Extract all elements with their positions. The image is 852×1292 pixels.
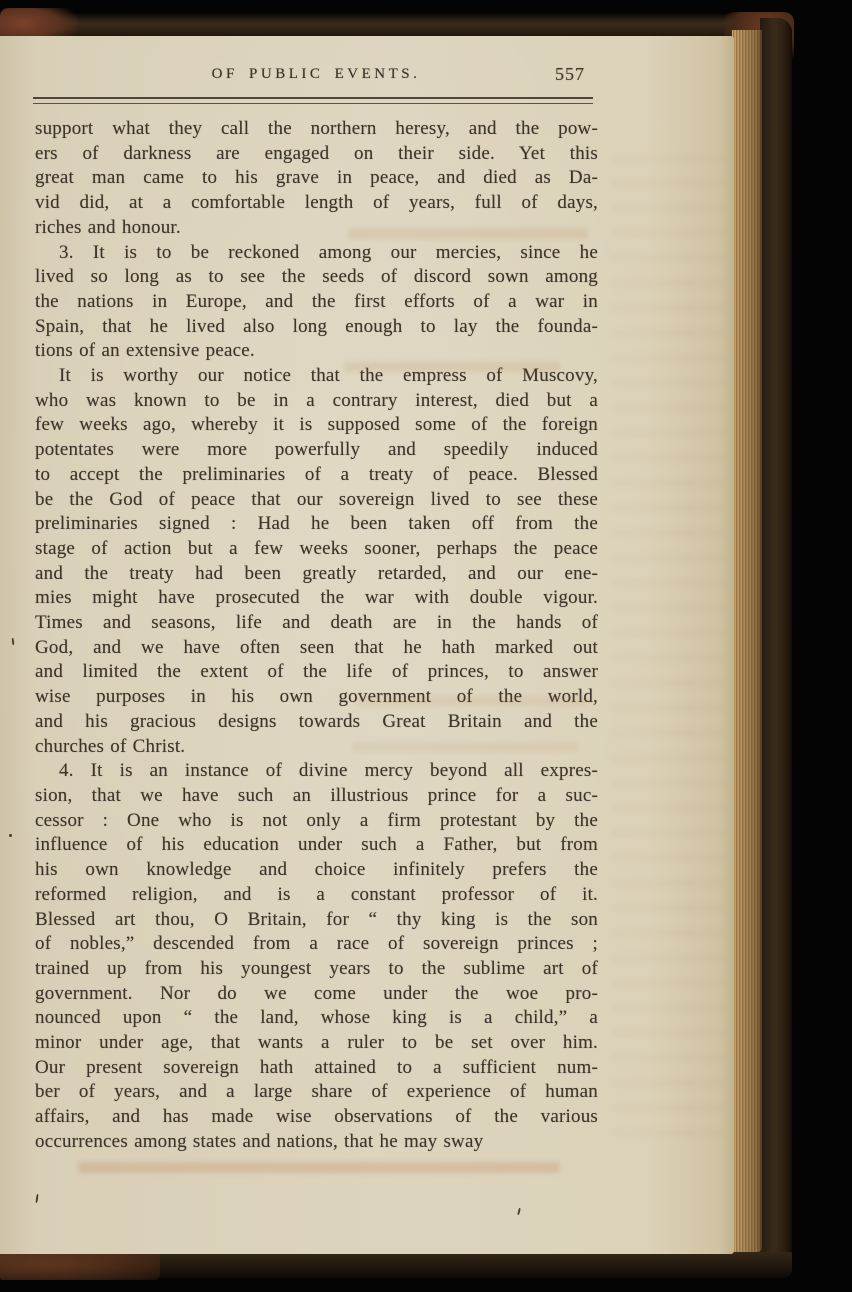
ink-speck [12, 638, 15, 645]
show-through-ghost [344, 362, 560, 372]
text-line: tions of an extensive peace. [35, 339, 598, 364]
text-line: great man came to his grave in peace, an… [35, 166, 598, 191]
page-number: 557 [555, 64, 585, 85]
text-line: occurrences among states and nations, th… [35, 1130, 598, 1155]
text-line: mies might have prosecuted the war with … [35, 586, 598, 611]
text-line: reformed religion, and is a constant pro… [35, 883, 598, 908]
text-line: trained up from his youngest years to th… [35, 957, 598, 982]
text-line: affairs, and has made wise observations … [35, 1105, 598, 1130]
text-line: who was known to be in a contrary intere… [35, 389, 598, 414]
text-line: his own knowledge and choice infinitely … [35, 858, 598, 883]
text-line: Blessed art thou, O Britain, for “ thy k… [35, 908, 598, 933]
text-line: lived so long as to see the seeds of dis… [35, 265, 598, 290]
text-line: Spain, that he lived also long enough to… [35, 315, 598, 340]
book-page: OF PUBLIC EVENTS. 557 support what they … [0, 36, 734, 1254]
text-line: Times and seasons, life and death are in… [35, 611, 598, 636]
text-line: the nations in Europe, and the first eff… [35, 290, 598, 315]
text-line: influence of his education under such a … [35, 833, 598, 858]
show-through-ghost [612, 156, 724, 1136]
show-through-ghost [356, 696, 588, 706]
page-body-text: support what they call the northern here… [35, 117, 598, 1155]
text-line: ber of years, and a large share of exper… [35, 1080, 598, 1105]
book-cover-right-edge [760, 18, 792, 1264]
scanned-book-photo: OF PUBLIC EVENTS. 557 support what they … [0, 0, 852, 1292]
text-line: God, and we have often seen that he hath… [35, 636, 598, 661]
text-line: and the treaty had been greatly retarded… [35, 562, 598, 587]
text-line: be the God of peace that our sovereign l… [35, 488, 598, 513]
text-line: sion, that we have such an illustrious p… [35, 784, 598, 809]
text-line: minor under age, that wants a ruler to b… [35, 1031, 598, 1056]
text-line: government. Nor do we come under the woe… [35, 982, 598, 1007]
text-line: stage of action but a few weeks sooner, … [35, 537, 598, 562]
text-line: nounced upon “ the land, whose king is a… [35, 1006, 598, 1031]
text-line: ers of darkness are engaged on their sid… [35, 142, 598, 167]
show-through-ghost [78, 1162, 560, 1173]
text-line: few weeks ago, whereby it is supposed so… [35, 413, 598, 438]
show-through-ghost [348, 228, 588, 239]
header-double-rule [33, 97, 593, 104]
text-line: preliminaries signed : Had he been taken… [35, 512, 598, 537]
text-line: support what they call the northern here… [35, 117, 598, 142]
text-line: Our present sovereign hath attained to a… [35, 1056, 598, 1081]
text-line: 3. It is to be reckoned among our mercie… [35, 241, 598, 266]
book-fore-edge-pages [732, 30, 762, 1252]
text-line: 4. It is an instance of divine mercy bey… [35, 759, 598, 784]
text-line: and limited the extent of the life of pr… [35, 660, 598, 685]
ink-speck [35, 1194, 38, 1203]
ink-speck [9, 834, 12, 837]
ink-speck [517, 1208, 521, 1215]
text-line: to accept the preliminaries of a treaty … [35, 463, 598, 488]
page-header: OF PUBLIC EVENTS. 557 [35, 66, 597, 88]
text-line: potentates were more powerfully and spee… [35, 438, 598, 463]
running-title: OF PUBLIC EVENTS. [35, 66, 597, 83]
text-line: cessor : One who is not only a firm prot… [35, 809, 598, 834]
show-through-ghost [352, 742, 578, 752]
text-line: vid did, at a comfortable length of year… [35, 191, 598, 216]
text-line: and his gracious designs towards Great B… [35, 710, 598, 735]
text-line: of nobles,” descended from a race of sov… [35, 932, 598, 957]
